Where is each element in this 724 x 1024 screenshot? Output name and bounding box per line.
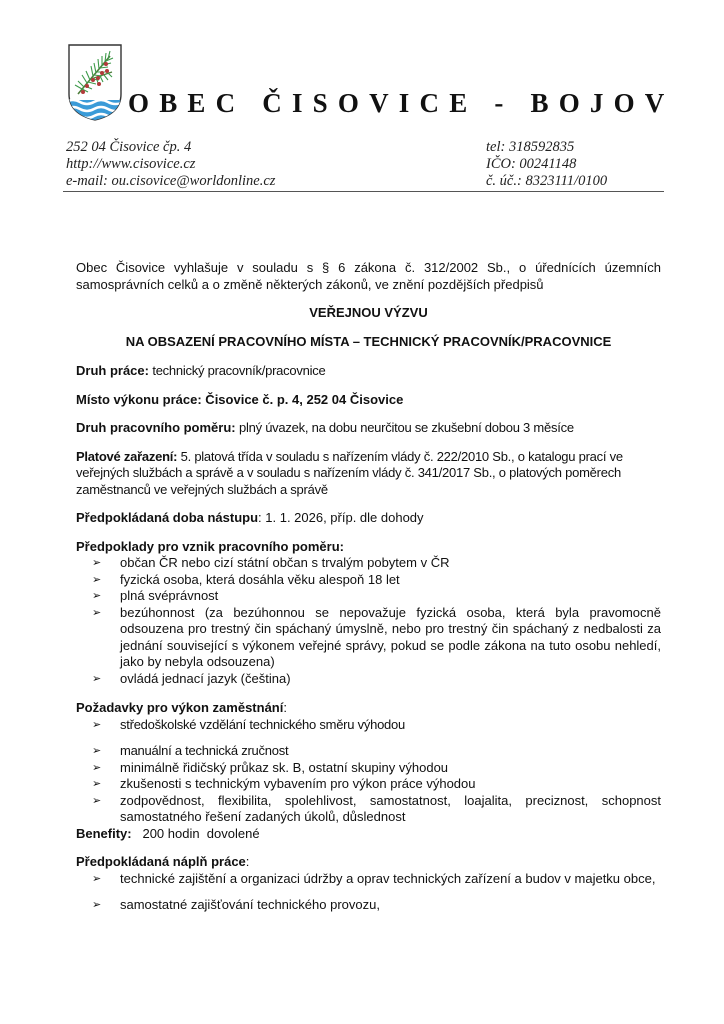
header-divider	[63, 191, 664, 192]
section-label: Předpoklady pro vznik pracovního poměru:	[76, 539, 344, 554]
list-item: ➢plná svéprávnost	[120, 588, 661, 605]
field-misto: Místo výkonu práce: Čisovice č. p. 4, 25…	[76, 392, 661, 409]
intro-paragraph: Obec Čisovice vyhlašuje v souladu s § 6 …	[76, 260, 661, 293]
arrow-bullet-icon: ➢	[92, 776, 101, 793]
field-nastup: Předpokládaná doba nástupu: 1. 1. 2026, …	[76, 510, 661, 527]
heading-position: NA OBSAZENÍ PRACOVNÍHO MÍSTA – TECHNICKÝ…	[76, 334, 661, 351]
field-value: 200 hodin dovolené	[142, 826, 259, 841]
list-item: ➢samostatné zajišťování technického prov…	[120, 897, 661, 914]
section-label: Předpokládaná náplň práce	[76, 854, 246, 869]
phone: tel: 318592835	[486, 139, 607, 156]
section-label: Požadavky pro výkon zaměstnání	[76, 700, 283, 715]
bank-account: č. úč.: 8323111/0100	[486, 173, 607, 190]
section-predpoklady-title: Předpoklady pro vznik pracovního poměru:	[76, 539, 661, 556]
field-label: Platové zařazení:	[76, 449, 177, 464]
document-body: Obec Čisovice vyhlašuje v souladu s § 6 …	[76, 260, 661, 914]
field-benefity: Benefity: 200 hodin dovolené	[76, 826, 661, 843]
list-item: ➢technické zajištění a organizaci údržby…	[120, 871, 661, 888]
field-label: Předpokládaná doba nástupu	[76, 510, 258, 525]
list-item: ➢fyzická osoba, která dosáhla věku alesp…	[120, 572, 661, 589]
contact-address-block: 252 04 Čisovice čp. 4 http://www.cisovic…	[66, 139, 275, 190]
arrow-bullet-icon: ➢	[92, 871, 101, 888]
contact-ids-block: tel: 318592835 IČO: 00241148 č. úč.: 832…	[486, 139, 607, 190]
field-label: Místo výkonu práce: Čisovice č. p. 4, 25…	[76, 392, 403, 407]
predpoklady-list: ➢občan ČR nebo cizí státní občan s trval…	[76, 555, 661, 687]
ico: IČO: 00241148	[486, 156, 607, 173]
list-item: ➢ovládá jednací jazyk (čeština)	[120, 671, 661, 688]
arrow-bullet-icon: ➢	[92, 760, 101, 777]
address: 252 04 Čisovice čp. 4	[66, 139, 275, 156]
coat-of-arms-icon	[66, 42, 124, 122]
field-value: technický pracovník/pracovnice	[149, 363, 326, 378]
arrow-bullet-icon: ➢	[92, 588, 101, 605]
list-item: ➢zkušenosti s technickým vybavením pro v…	[120, 776, 661, 793]
website-link[interactable]: http://www.cisovice.cz	[66, 156, 275, 173]
napln-list: ➢technické zajištění a organizaci údržby…	[76, 871, 661, 914]
arrow-bullet-icon: ➢	[92, 555, 101, 572]
list-item: ➢středoškolské vzdělání technického směr…	[120, 717, 661, 734]
arrow-bullet-icon: ➢	[92, 572, 101, 589]
list-item: ➢bezúhonnost (za bezúhonnou se nepovažuj…	[120, 605, 661, 671]
list-item: ➢minimálně řidičský průkaz sk. B, ostatn…	[120, 760, 661, 777]
list-item: ➢zodpovědnost, flexibilita, spolehlivost…	[120, 793, 661, 826]
email-link[interactable]: e-mail: ou.cisovice@worldonline.cz	[66, 173, 275, 190]
field-pomer: Druh pracovního poměru: plný úvazek, na …	[76, 420, 661, 437]
field-druh-prace: Druh práce: technický pracovník/pracovni…	[76, 363, 661, 380]
list-item: ➢občan ČR nebo cizí státní občan s trval…	[120, 555, 661, 572]
field-label: Druh pracovního poměru:	[76, 420, 236, 435]
heading-call: VEŘEJNOU VÝZVU	[76, 305, 661, 322]
arrow-bullet-icon: ➢	[92, 605, 101, 622]
section-napln-title: Předpokládaná náplň práce:	[76, 854, 661, 871]
field-value: : 1. 1. 2026, příp. dle dohody	[258, 510, 424, 525]
arrow-bullet-icon: ➢	[92, 793, 101, 810]
field-label: Benefity:	[76, 826, 132, 841]
pozadavky-list: ➢středoškolské vzdělání technického směr…	[76, 717, 661, 826]
field-value: plný úvazek, na dobu neurčitou se zkušeb…	[236, 420, 574, 435]
arrow-bullet-icon: ➢	[92, 671, 101, 688]
document-page: OBEC ČISOVICE - BOJOV 252 04 Čisovice čp…	[0, 0, 724, 1024]
municipality-title: OBEC ČISOVICE - BOJOV	[128, 88, 675, 119]
section-pozadavky-title: Požadavky pro výkon zaměstnání:	[76, 700, 661, 717]
arrow-bullet-icon: ➢	[92, 897, 101, 914]
field-platove: Platové zařazení: 5. platová třída v sou…	[76, 449, 661, 499]
field-label: Druh práce:	[76, 363, 149, 378]
arrow-bullet-icon: ➢	[92, 743, 101, 760]
arrow-bullet-icon: ➢	[92, 717, 101, 734]
list-item: ➢manuální a technická zručnost	[120, 743, 661, 760]
